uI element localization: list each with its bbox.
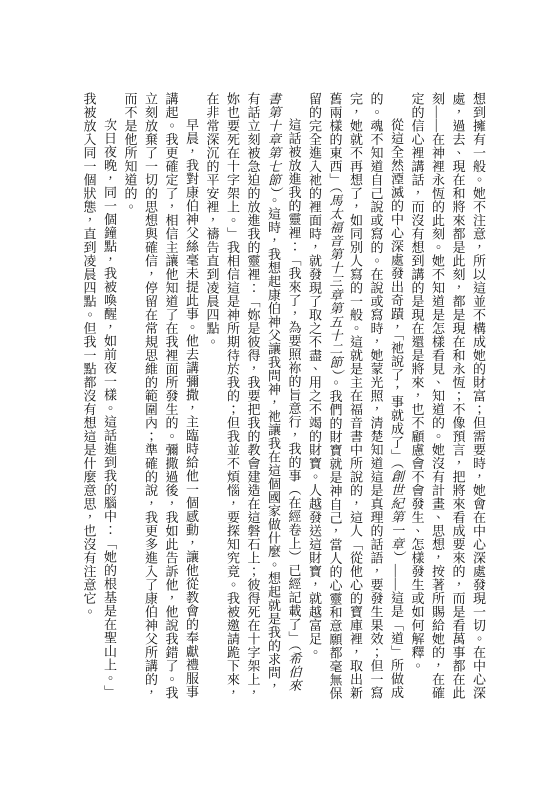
text-run: 這話被放進我的靈裡：「我來了，為要照祢的旨意行，我的事（在經卷上）已經記載了」 xyxy=(287,118,302,645)
text-run: 次日夜晚，同一個鐘點，我被喚醒，如前夜一樣。這話進到我的腦中：「她的根基是在聖山… xyxy=(82,92,118,699)
book-page: 想到擁有一般。她不注意，所以這並不構成她的財富；但需要時，她會在中心深處發現一切… xyxy=(0,0,559,794)
text-run: 早晨，我對康伯神父絲毫未提此事。他去講彌撒，主臨時給他一個感動，讓他從教會的奉獻… xyxy=(123,92,200,700)
scripture-citation: （創世紀第一章） xyxy=(389,463,404,565)
paragraph: 從這全然湮滅的中心深處發出奇蹟，「祂說了，事就成了」（創世紀第一章）——這是「道… xyxy=(304,92,407,700)
paragraph: 這話被放進我的靈裡：「我來了，為要照祢的旨意行，我的事（在經卷上）已經記載了」（… xyxy=(201,92,304,700)
text-run: 想到擁有一般。她不注意，所以這並不構成她的財富；但需要時，她會在中心深處發現一切… xyxy=(410,92,487,700)
vertical-text-block: 想到擁有一般。她不注意，所以這並不構成她的財富；但需要時，她會在中心深處發現一切… xyxy=(78,92,488,700)
paragraph: 次日夜晚，同一個鐘點，我被喚醒，如前夜一樣。這話進到我的腦中：「她的根基是在聖山… xyxy=(78,92,119,700)
scripture-citation: （馬太福音第十三章第五十二節） xyxy=(328,187,343,377)
paragraph: 早晨，我對康伯神父絲毫未提此事。他去講彌撒，主臨時給他一個感動，讓他從教會的奉獻… xyxy=(119,92,201,700)
paragraph: 想到擁有一般。她不注意，所以這並不構成她的財富；但需要時，她會在中心深處發現一切… xyxy=(406,92,488,700)
text-run: 從這全然湮滅的中心深處發出奇蹟，「祂說了，事就成了」 xyxy=(389,118,404,463)
